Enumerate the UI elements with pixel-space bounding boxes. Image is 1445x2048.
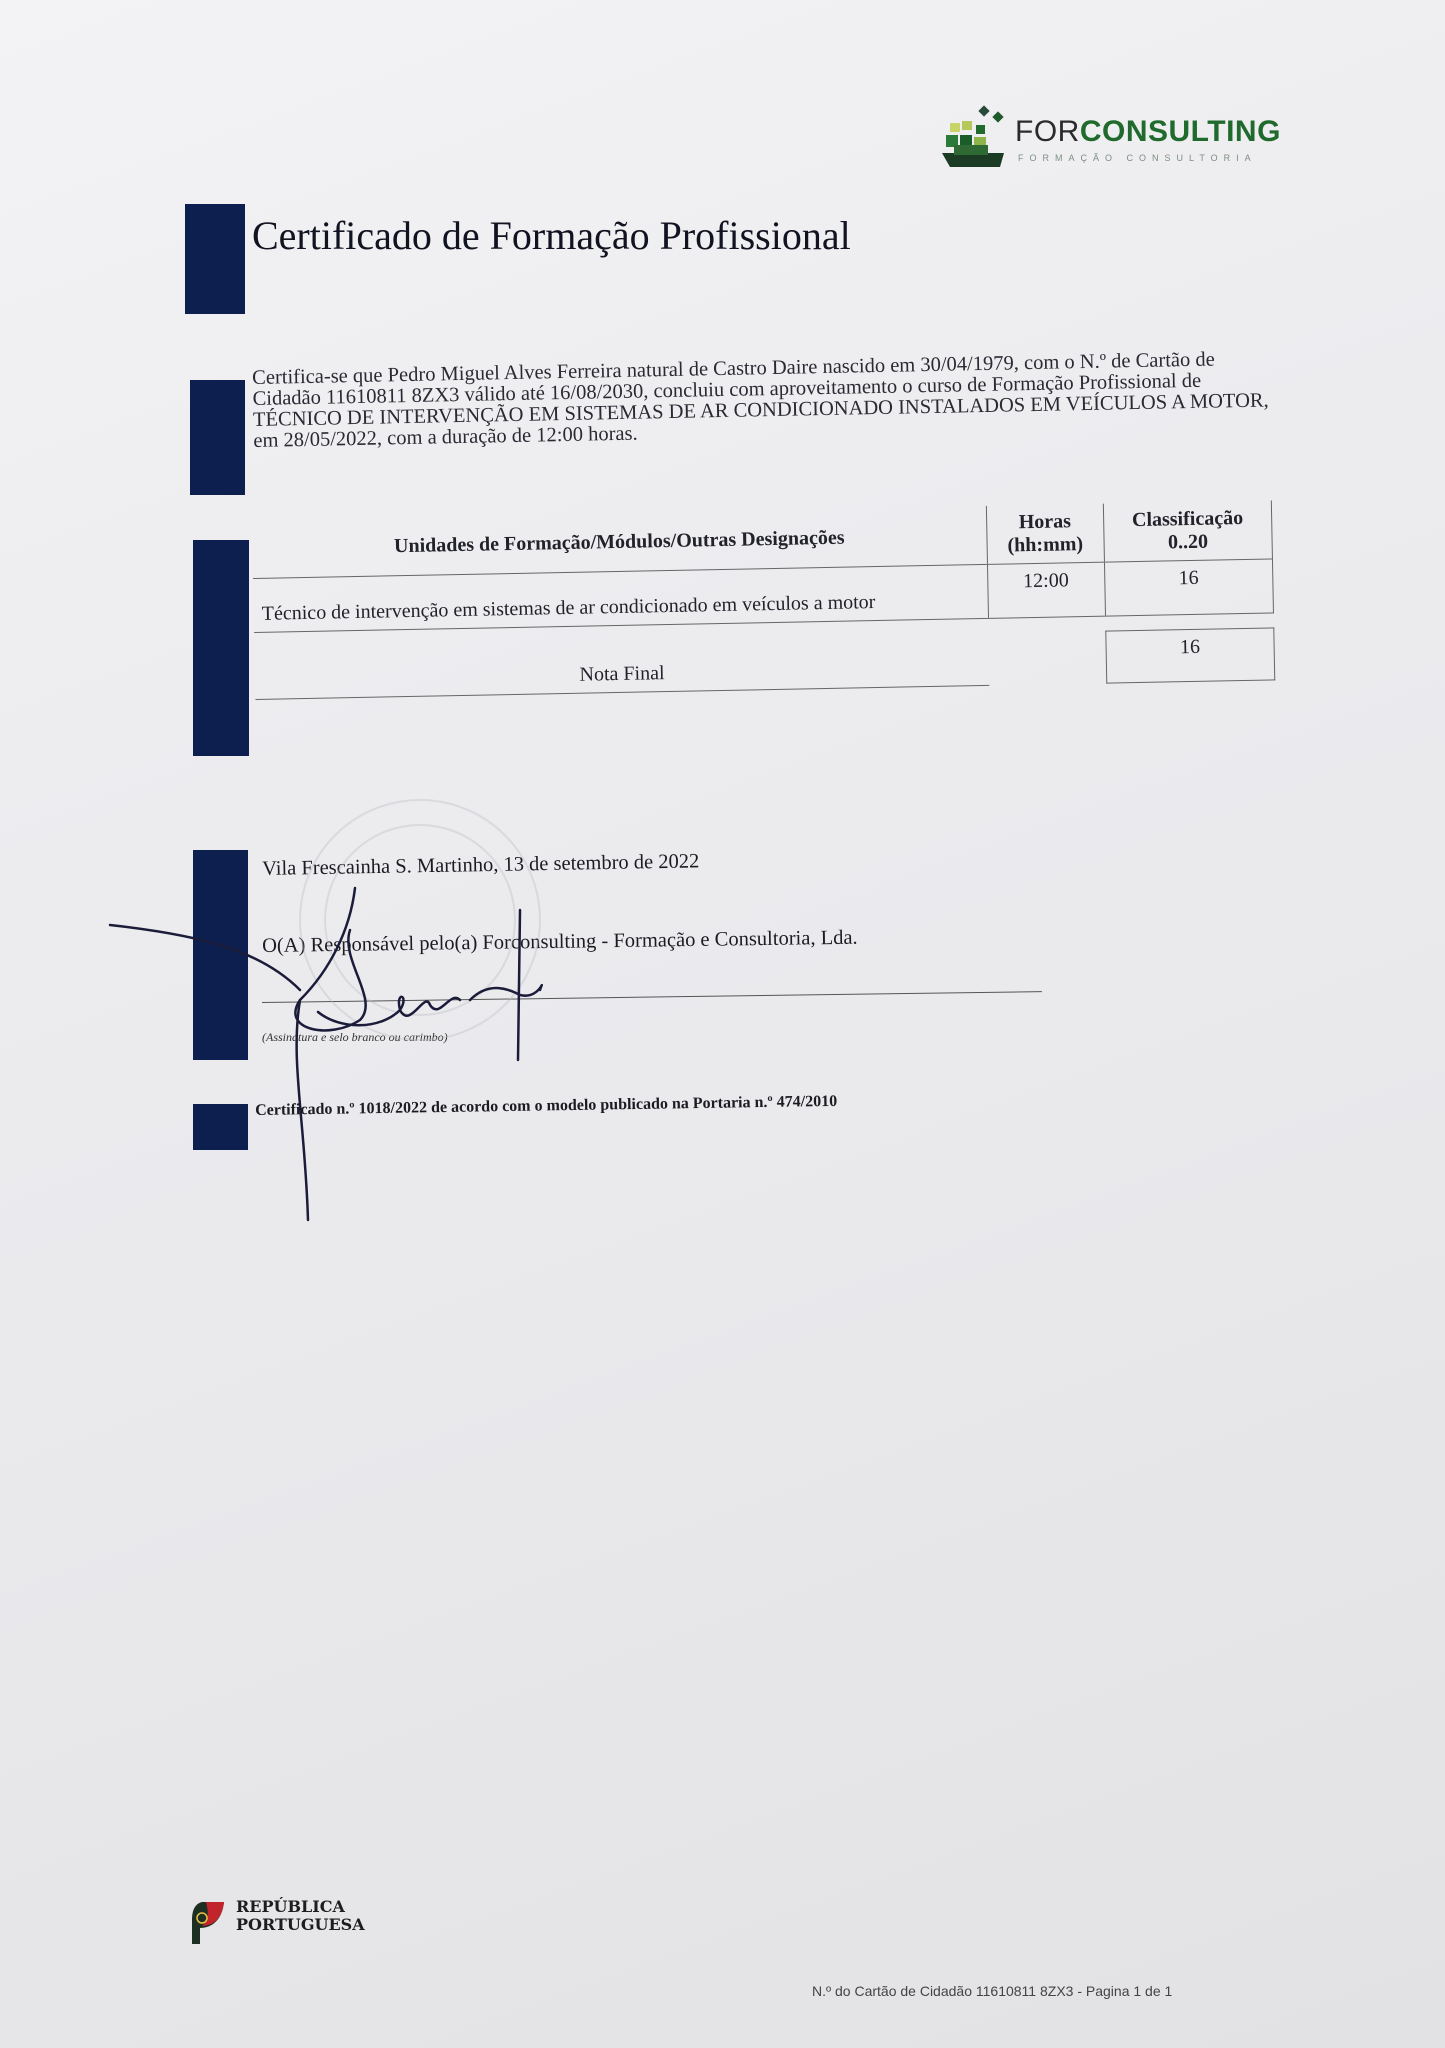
forconsulting-logo: FORCONSULTING FORMAÇÃO CONSULTORIA bbox=[940, 105, 1280, 175]
signature-line bbox=[262, 991, 1042, 1003]
header-hours: Horas (hh:mm) bbox=[986, 504, 1104, 565]
header-grade: Classificação 0..20 bbox=[1103, 500, 1272, 562]
intro-accent-bar bbox=[190, 380, 245, 495]
module-hours: 12:00 bbox=[987, 562, 1105, 618]
republica-line2: PORTUGUESA bbox=[236, 1916, 365, 1934]
final-grade: 16 bbox=[1106, 628, 1275, 683]
logo-subtitle: FORMAÇÃO CONSULTORIA bbox=[1018, 153, 1257, 163]
place-date: Vila Frescainha S. Martinho, 13 de setem… bbox=[262, 850, 699, 881]
logo-word-for: FOR bbox=[1015, 115, 1080, 148]
signature-caption: (Assinatura e selo branco ou carimbo) bbox=[262, 1030, 448, 1045]
certificate-number: Certificado n.º 1018/2022 de acordo com … bbox=[255, 1093, 837, 1120]
responsible-statement: O(A) Responsável pelo(a) Forconsulting -… bbox=[262, 927, 858, 958]
page-footer: N.º do Cartão de Cidadão 11610811 8ZX3 -… bbox=[812, 1983, 1172, 1999]
republica-portuguesa-text: REPÚBLICA PORTUGUESA bbox=[236, 1898, 365, 1934]
certificate-accent-bar bbox=[193, 1104, 248, 1150]
modules-table: Unidades de Formação/Módulos/Outras Desi… bbox=[252, 500, 1275, 699]
logo-blocks-icon bbox=[940, 105, 1012, 175]
logo-wordmark: FORCONSULTING bbox=[1015, 115, 1281, 149]
republica-line1: REPÚBLICA bbox=[236, 1898, 365, 1916]
module-grade: 16 bbox=[1104, 559, 1273, 616]
signature-accent-bar bbox=[193, 850, 248, 1060]
table-accent-bar bbox=[193, 540, 249, 756]
logo-word-consulting: CONSULTING bbox=[1080, 115, 1281, 148]
portugal-flag-icon bbox=[188, 1898, 228, 1948]
embossed-seal-icon bbox=[300, 800, 540, 1040]
certification-statement: Certifica-se que Pedro Miguel Alves Ferr… bbox=[252, 348, 1273, 452]
page-title: Certificado de Formação Profissional bbox=[252, 212, 851, 259]
title-accent-bar bbox=[185, 204, 245, 314]
republica-portuguesa-logo: REPÚBLICA PORTUGUESA bbox=[188, 1898, 228, 1953]
